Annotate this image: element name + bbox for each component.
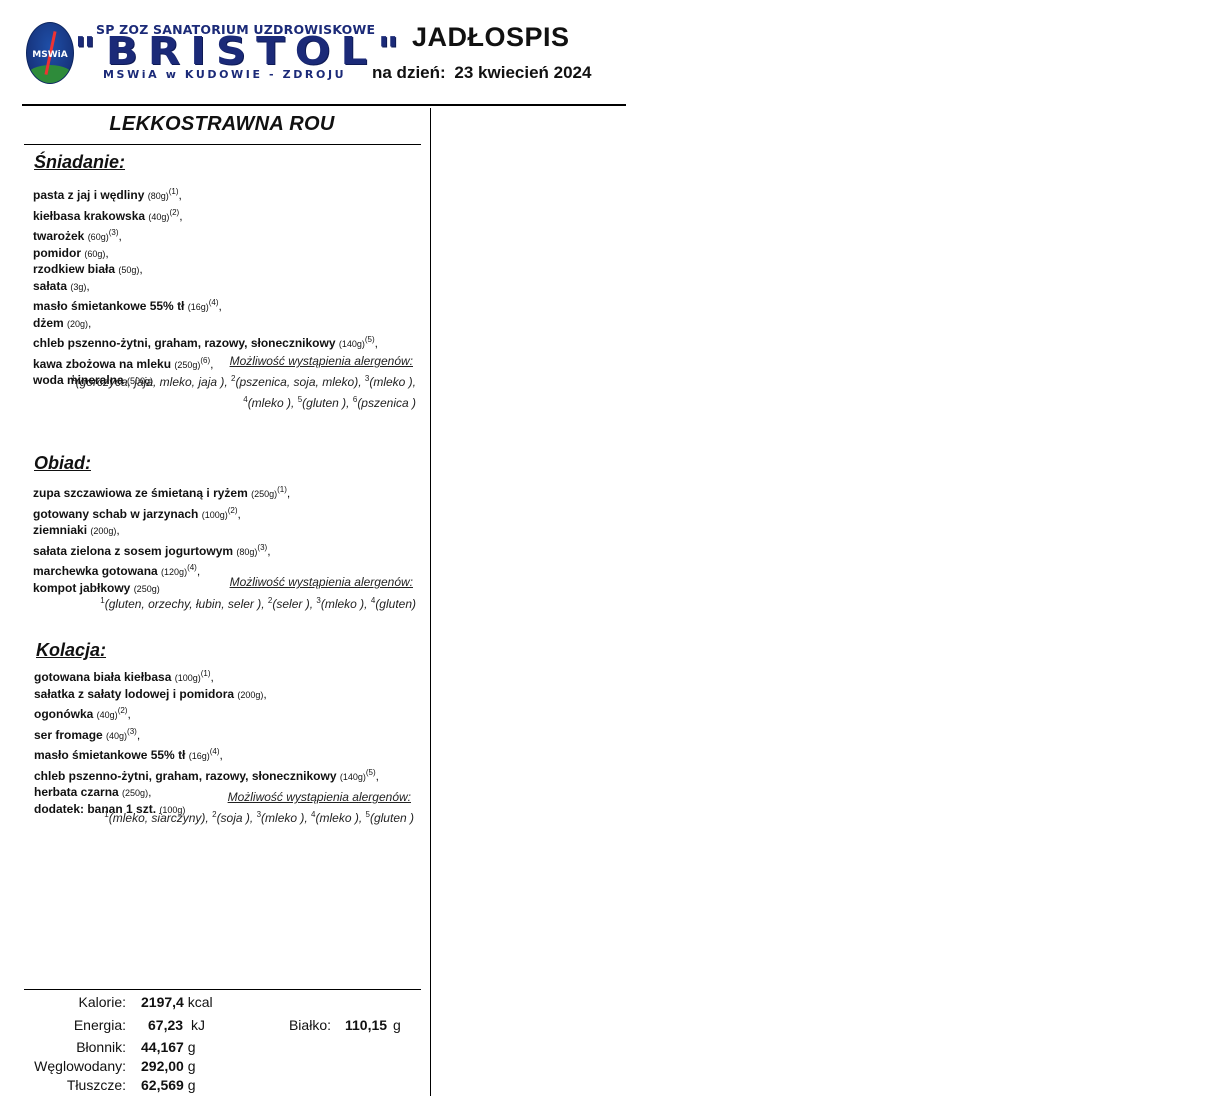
menu-item-separator: , bbox=[238, 507, 241, 521]
allergen-list: (gluten ), bbox=[302, 396, 353, 410]
menu-item: gotowana biała kiełbasa (100g)(1), bbox=[34, 666, 424, 687]
menu-item-name: pasta z jaj i wędliny bbox=[33, 188, 148, 202]
menu-item: masło śmietankowe 55% tł (16g)(4), bbox=[33, 295, 423, 316]
lunch-heading: Obiad: bbox=[34, 453, 91, 474]
diet-name: LEKKOSTRAWNA ROU bbox=[22, 113, 422, 136]
menu-item-quantity: (16g) bbox=[189, 751, 210, 761]
menu-item-name: twarożek bbox=[33, 229, 88, 243]
menu-item-separator: , bbox=[375, 336, 378, 350]
menu-item-quantity: (200g) bbox=[90, 526, 116, 536]
menu-item-allergen-ref: (2) bbox=[118, 706, 128, 715]
tluszcze-unit: g bbox=[188, 1077, 196, 1093]
menu-item-separator: , bbox=[88, 316, 91, 330]
mswia-logo: MSWiA bbox=[26, 22, 74, 84]
menu-item-allergen-ref: (5) bbox=[366, 768, 376, 777]
menu-item-separator: , bbox=[263, 687, 266, 701]
energia-unit: kJ bbox=[191, 1017, 205, 1033]
kalorie-label: Kalorie: bbox=[0, 994, 126, 1010]
menu-item-name: rzodkiew biała bbox=[33, 262, 118, 276]
menu-item-quantity: (80g) bbox=[236, 547, 257, 557]
menu-item-separator: , bbox=[219, 299, 222, 313]
tluszcze-number: 62,569 bbox=[141, 1077, 184, 1093]
menu-item-quantity: (250g) bbox=[251, 489, 277, 499]
menu-item-separator: , bbox=[116, 523, 119, 537]
allergen-list: (seler ), bbox=[272, 597, 316, 611]
menu-item-name: gotowana biała kiełbasa bbox=[34, 670, 175, 684]
allergen-list: (mleko ), bbox=[248, 396, 298, 410]
blonnik-unit: g bbox=[188, 1039, 196, 1055]
bialko-label: Białko: bbox=[205, 1017, 331, 1033]
blonnik-number: 44,167 bbox=[141, 1039, 184, 1055]
breakfast-heading: Śniadanie: bbox=[34, 152, 125, 173]
menu-item-name: dżem bbox=[33, 316, 67, 330]
menu-item-name: kiełbasa krakowska bbox=[33, 209, 148, 223]
menu-item: chleb pszenno-żytni, graham, razowy, sło… bbox=[33, 332, 423, 353]
menu-item-allergen-ref: (1) bbox=[201, 669, 211, 678]
menu-item-quantity: (3g) bbox=[70, 282, 86, 292]
menu-item-quantity: (40g) bbox=[106, 731, 127, 741]
menu-item: chleb pszenno-żytni, graham, razowy, sło… bbox=[34, 765, 424, 786]
energia-label: Energia: bbox=[0, 1017, 126, 1033]
allergen-list: (mleko ), bbox=[261, 811, 311, 825]
dinner-allergens: 1(mleko, siarczyny), 2(soja ), 3(mleko )… bbox=[40, 806, 414, 827]
menu-item-allergen-ref: (1) bbox=[277, 485, 287, 494]
menu-item-name: ogonówka bbox=[34, 707, 97, 721]
bialko-number: 110,15 bbox=[345, 1017, 387, 1033]
menu-item-allergen-ref: (4) bbox=[209, 298, 219, 307]
allergen-list: (gluten) bbox=[375, 597, 416, 611]
menu-item-quantity: (140g) bbox=[340, 772, 366, 782]
allergen-list: (gluten, orzechy, łubin, seler ), bbox=[105, 597, 268, 611]
menu-item: ser fromage (40g)(3), bbox=[34, 724, 424, 745]
menu-item-name: chleb pszenno-żytni, graham, razowy, sło… bbox=[34, 769, 340, 783]
menu-item-separator: , bbox=[137, 728, 140, 742]
document-title: JADŁOSPIS bbox=[412, 22, 570, 53]
bialko-value: 110,15 g bbox=[345, 1017, 401, 1033]
menu-item-allergen-ref: (1) bbox=[169, 187, 179, 196]
menu-item-quantity: (20g) bbox=[67, 319, 88, 329]
menu-item-allergen-ref: (4) bbox=[210, 747, 220, 756]
menu-item-name: sałata bbox=[33, 279, 70, 293]
blonnik-value: 44,167 g bbox=[141, 1039, 196, 1055]
menu-item: gotowany schab w jarzynach (100g)(2), bbox=[33, 503, 423, 524]
energia-number: 67,23 bbox=[148, 1017, 183, 1033]
menu-item: ziemniaki (200g), bbox=[33, 523, 423, 540]
allergen-list: (pszenica ) bbox=[357, 396, 416, 410]
menu-item-quantity: (60g) bbox=[88, 232, 109, 242]
menu-item-name: sałata zielona z sosem jogurtowym bbox=[33, 544, 236, 558]
menu-item-separator: , bbox=[287, 486, 290, 500]
menu-item-quantity: (100g) bbox=[175, 673, 201, 683]
date-value: 23 kwiecień 2024 bbox=[454, 63, 591, 82]
menu-item-separator: , bbox=[105, 246, 108, 260]
tluszcze-label: Tłuszcze: bbox=[0, 1077, 126, 1093]
dinner-heading: Kolacja: bbox=[36, 640, 106, 661]
menu-item-name: ser fromage bbox=[34, 728, 106, 742]
menu-item-name: ziemniaki bbox=[33, 523, 90, 537]
diet-divider bbox=[24, 144, 421, 145]
menu-item-name: zupa szczawiowa ze śmietaną i ryżem bbox=[33, 486, 251, 500]
allergen-list: (pszenica, soja, mleko), bbox=[235, 375, 364, 389]
column-divider bbox=[430, 108, 431, 1096]
menu-item-quantity: (80g) bbox=[148, 191, 169, 201]
menu-item: dżem (20g), bbox=[33, 316, 423, 333]
menu-item-separator: , bbox=[267, 544, 270, 558]
menu-item-separator: , bbox=[211, 670, 214, 684]
logo-green-base bbox=[27, 65, 73, 83]
allergen-list: (gorczyca, jaja, mleko, jaja ), bbox=[76, 375, 231, 389]
menu-item-quantity: (40g) bbox=[148, 212, 169, 222]
menu-item-separator: , bbox=[139, 262, 142, 276]
menu-item-name: chleb pszenno-żytni, graham, razowy, sło… bbox=[33, 336, 339, 350]
menu-item-quantity: (16g) bbox=[188, 302, 209, 312]
menu-item-separator: , bbox=[127, 707, 130, 721]
weglowodany-value: 292,00 g bbox=[141, 1058, 196, 1074]
lunch-allergens: 1(gluten, orzechy, łubin, seler ), 2(sel… bbox=[40, 592, 416, 613]
org-name: "BRISTOL" bbox=[74, 32, 409, 71]
allergen-list: (gluten ) bbox=[370, 811, 414, 825]
menu-item-name: masło śmietankowe 55% tł bbox=[34, 748, 189, 762]
menu-item: sałata zielona z sosem jogurtowym (80g)(… bbox=[33, 540, 423, 561]
tluszcze-value: 62,569 g bbox=[141, 1077, 196, 1093]
menu-item-name: masło śmietankowe 55% tł bbox=[33, 299, 188, 313]
menu-item: pasta z jaj i wędliny (80g)(1), bbox=[33, 184, 423, 205]
weglowodany-number: 292,00 bbox=[141, 1058, 184, 1074]
logo-text: MSWiA bbox=[27, 50, 73, 60]
allergen-list: (mleko, siarczyny), bbox=[109, 811, 212, 825]
allergen-list: (mleko ), bbox=[316, 811, 366, 825]
kalorie-value: 2197,4 kcal bbox=[141, 994, 213, 1010]
energia-value: 67,23 kJ bbox=[148, 1017, 205, 1033]
menu-item-separator: , bbox=[220, 748, 223, 762]
allergen-list: (mleko ), bbox=[369, 375, 416, 389]
menu-item-allergen-ref: (3) bbox=[127, 727, 137, 736]
kalorie-number: 2197,4 bbox=[141, 994, 184, 1010]
org-subtitle: MSWiA w KUDOWIE - ZDROJU bbox=[103, 68, 346, 81]
menu-item-separator: , bbox=[179, 209, 182, 223]
lunch-allergen-title: Możliwość wystąpienia alergenów: bbox=[30, 575, 413, 589]
date-label: na dzień: bbox=[372, 63, 446, 82]
menu-item-quantity: (100g) bbox=[202, 510, 228, 520]
blonnik-label: Błonnik: bbox=[0, 1039, 126, 1055]
menu-item-separator: , bbox=[86, 279, 89, 293]
menu-item-quantity: (50g) bbox=[118, 265, 139, 275]
menu-item-name: gotowany schab w jarzynach bbox=[33, 507, 202, 521]
menu-item: pomidor (60g), bbox=[33, 246, 423, 263]
menu-item: twarożek (60g)(3), bbox=[33, 225, 423, 246]
breakfast-allergen-title: Możliwość wystąpienia alergenów: bbox=[30, 354, 413, 368]
weglowodany-label: Węglowodany: bbox=[0, 1058, 126, 1074]
menu-item-allergen-ref: (3) bbox=[257, 543, 267, 552]
breakfast-allergens: 1(gorczyca, jaja, mleko, jaja ), 2(pszen… bbox=[40, 370, 416, 412]
header-divider bbox=[22, 104, 626, 106]
menu-item-separator: , bbox=[179, 188, 182, 202]
menu-item: masło śmietankowe 55% tł (16g)(4), bbox=[34, 744, 424, 765]
nutrition-divider bbox=[24, 989, 421, 990]
menu-item-allergen-ref: (2) bbox=[228, 506, 238, 515]
menu-item: kiełbasa krakowska (40g)(2), bbox=[33, 205, 423, 226]
menu-item-allergen-ref: (4) bbox=[187, 563, 197, 572]
menu-item: rzodkiew biała (50g), bbox=[33, 262, 423, 279]
menu-item-quantity: (140g) bbox=[339, 339, 365, 349]
menu-item: sałata (3g), bbox=[33, 279, 423, 296]
document-date: na dzień: 23 kwiecień 2024 bbox=[372, 63, 591, 83]
bialko-unit: g bbox=[393, 1017, 401, 1033]
allergen-list: (soja ), bbox=[217, 811, 257, 825]
menu-item-quantity: (40g) bbox=[97, 710, 118, 720]
kalorie-unit: kcal bbox=[188, 994, 213, 1010]
menu-item-separator: , bbox=[376, 769, 379, 783]
menu-item-allergen-ref: (5) bbox=[365, 335, 375, 344]
menu-item-quantity: (60g) bbox=[84, 249, 105, 259]
menu-item-name: sałatka z sałaty lodowej i pomidora bbox=[34, 687, 237, 701]
dinner-allergen-title: Możliwość wystąpienia alergenów: bbox=[30, 790, 411, 804]
menu-item: sałatka z sałaty lodowej i pomidora (200… bbox=[34, 687, 424, 704]
weglowodany-unit: g bbox=[188, 1058, 196, 1074]
allergen-list: (mleko ), bbox=[321, 597, 371, 611]
menu-item-separator: , bbox=[118, 229, 121, 243]
menu-item-name: pomidor bbox=[33, 246, 84, 260]
menu-item-allergen-ref: (2) bbox=[169, 208, 179, 217]
menu-item-quantity: (200g) bbox=[237, 690, 263, 700]
menu-item: ogonówka (40g)(2), bbox=[34, 703, 424, 724]
menu-item: zupa szczawiowa ze śmietaną i ryżem (250… bbox=[33, 482, 423, 503]
